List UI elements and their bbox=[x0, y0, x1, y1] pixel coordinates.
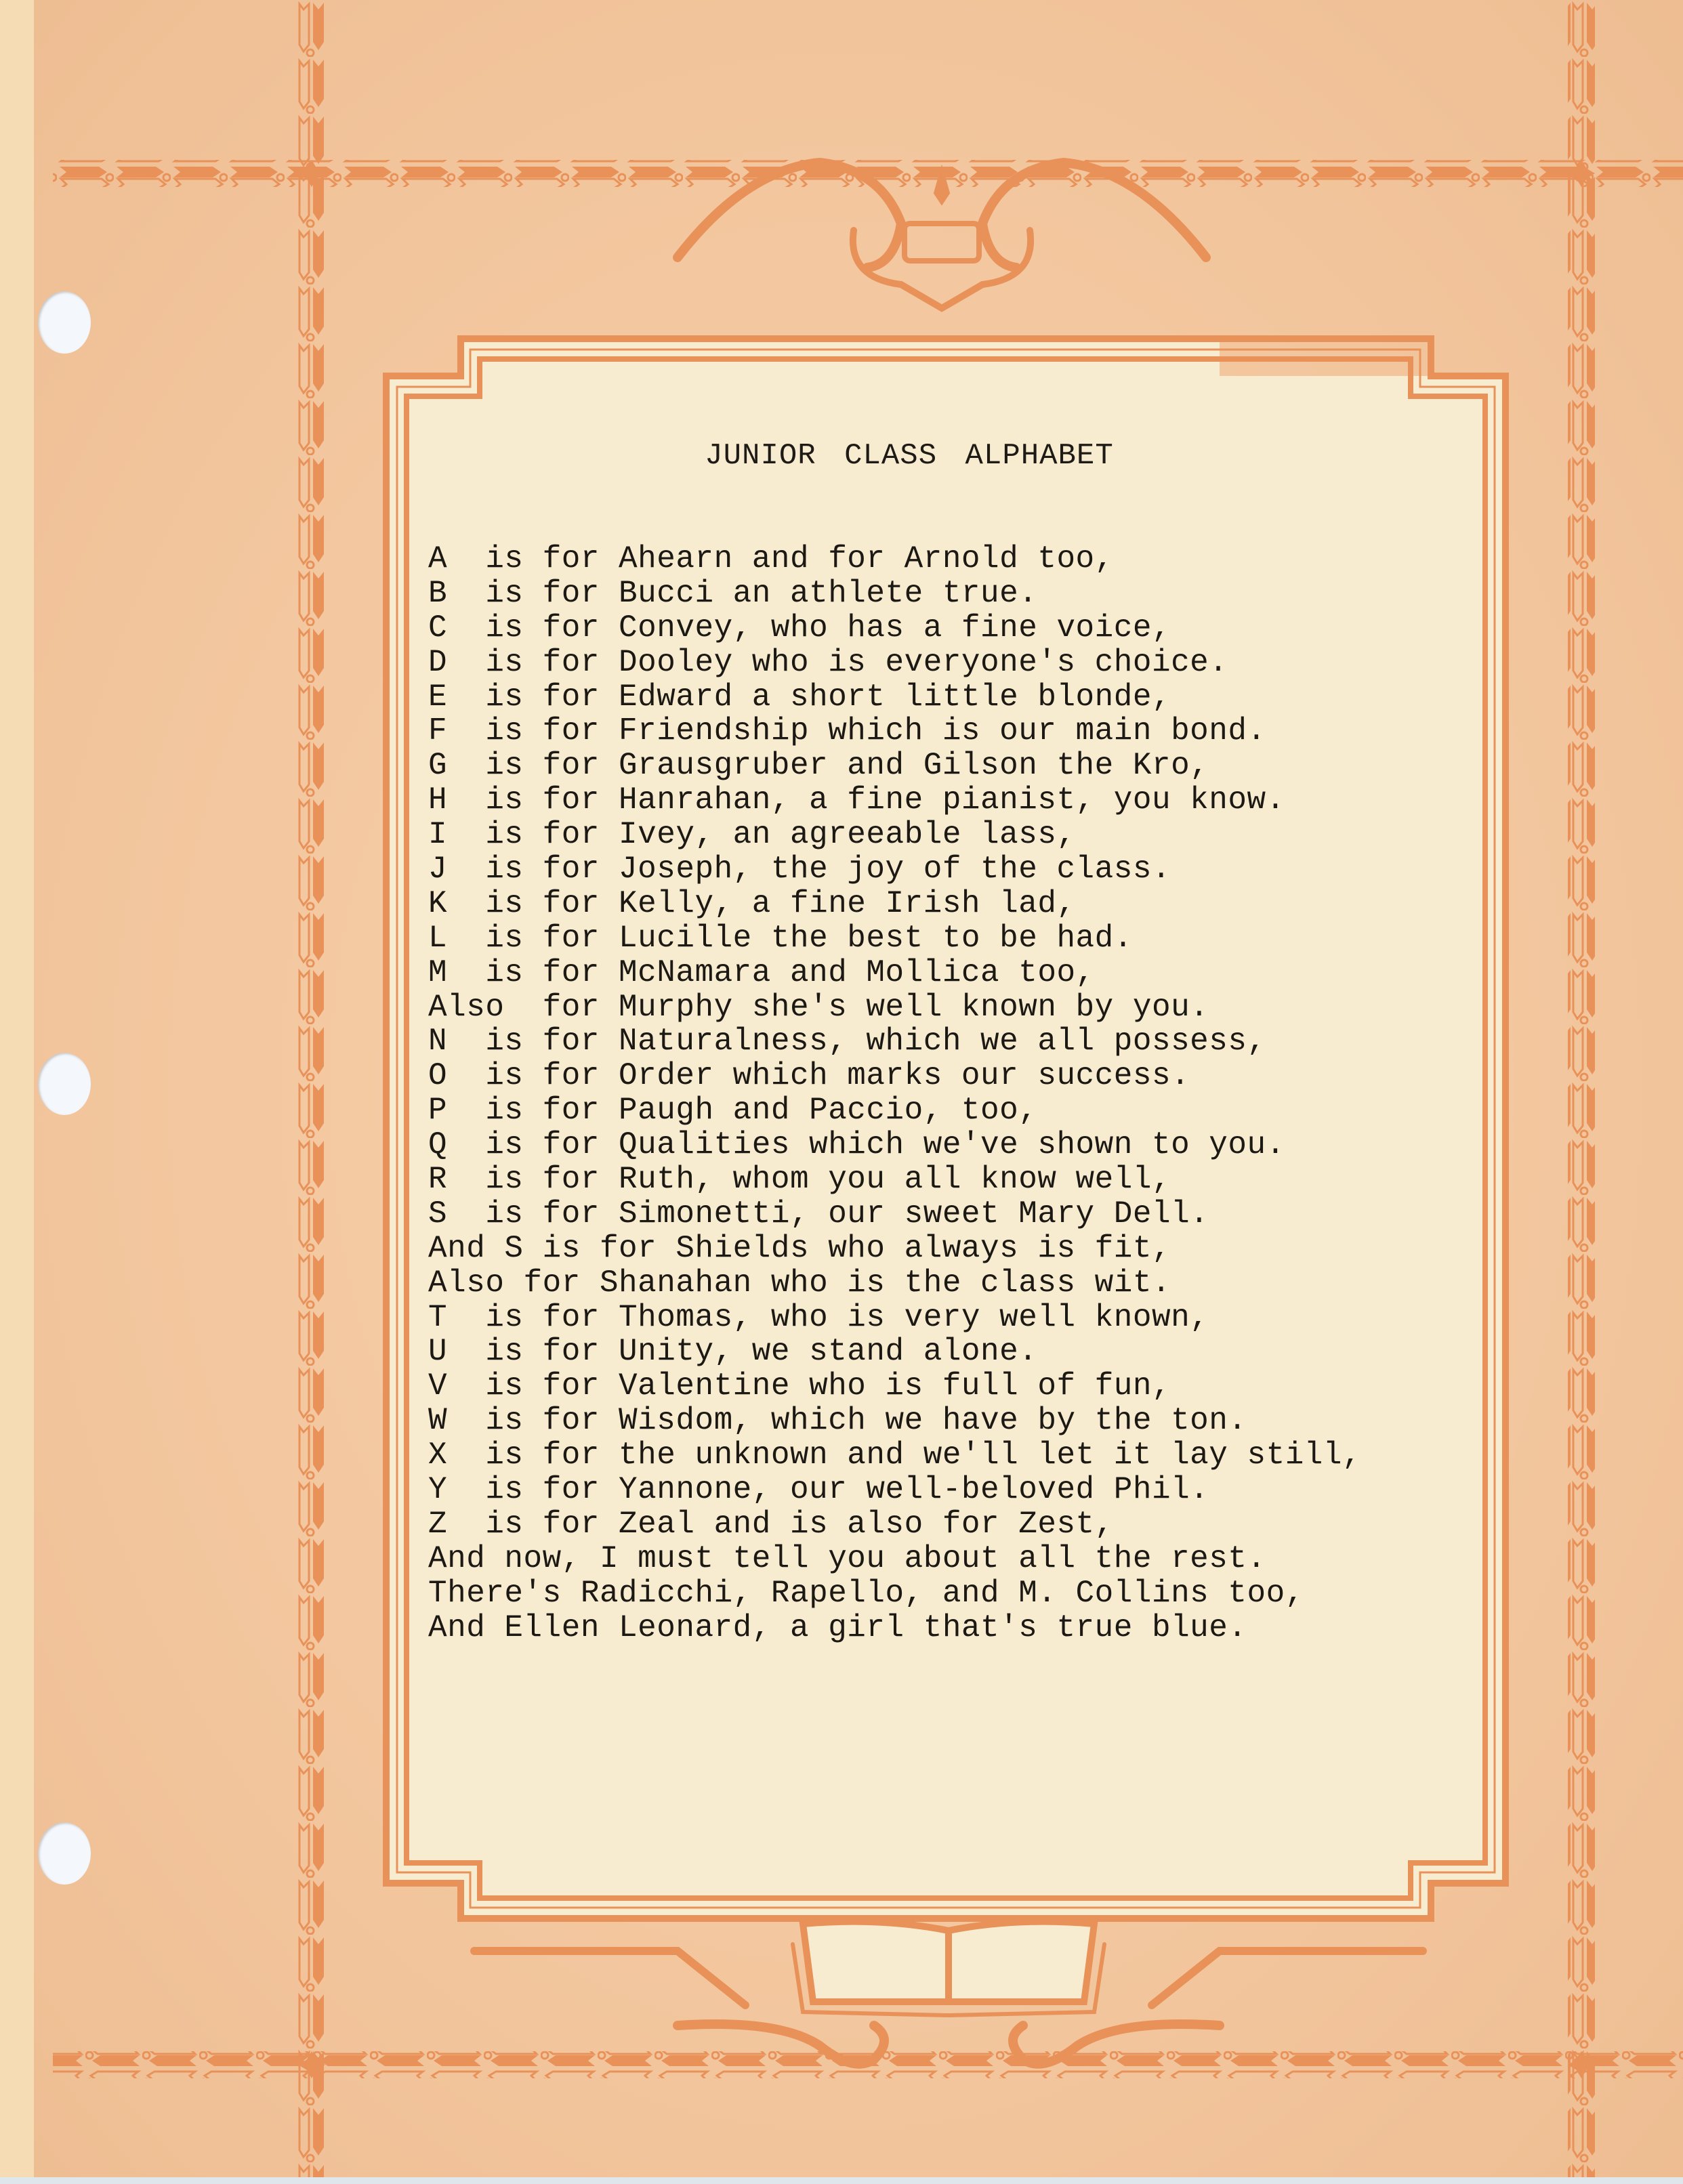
open-book-icon bbox=[474, 1922, 1423, 2064]
poem-line: R is for Ruth, whom you all know well, bbox=[428, 1162, 1361, 1197]
poem-body: A is for Ahearn and for Arnold too,B is … bbox=[428, 542, 1361, 1645]
poem-line: Also for Murphy she's well known by you. bbox=[428, 990, 1361, 1025]
poem-line: W is for Wisdom, which we have by the to… bbox=[428, 1404, 1361, 1438]
paper-page: JUNIOR CLASS ALPHABET A is for Ahearn an… bbox=[0, 0, 1683, 2184]
poem-line: M is for McNamara and Mollica too, bbox=[428, 956, 1361, 990]
poem-line: S is for Simonetti, our sweet Mary Dell. bbox=[428, 1197, 1361, 1232]
poem-line: T is for Thomas, who is very well known, bbox=[428, 1301, 1361, 1335]
poem-line: Y is for Yannone, our well-beloved Phil. bbox=[428, 1473, 1361, 1507]
poem-line: And Ellen Leonard, a girl that's true bl… bbox=[428, 1611, 1361, 1645]
poem-line: Z is for Zeal and is also for Zest, bbox=[428, 1507, 1361, 1542]
poem-line: There's Radicchi, Rapello, and M. Collin… bbox=[428, 1576, 1361, 1611]
poem-line: And now, I must tell you about all the r… bbox=[428, 1542, 1361, 1576]
poem-line: X is for the unknown and we'll let it la… bbox=[428, 1438, 1361, 1473]
poem-line: F is for Friendship which is our main bo… bbox=[428, 714, 1361, 749]
poem-line: P is for Paugh and Paccio, too, bbox=[428, 1093, 1361, 1128]
poem-line: Also for Shanahan who is the class wit. bbox=[428, 1266, 1361, 1301]
poem-line: Q is for Qualities which we've shown to … bbox=[428, 1128, 1361, 1162]
poem-line: K is for Kelly, a fine Irish lad, bbox=[428, 887, 1361, 921]
binder-hole-bottom bbox=[38, 1822, 91, 1885]
poem-line: J is for Joseph, the joy of the class. bbox=[428, 852, 1361, 887]
binder-hole-middle bbox=[38, 1053, 91, 1115]
oil-lamp-on-books-icon bbox=[678, 163, 1206, 308]
poem-line: H is for Hanrahan, a fine pianist, you k… bbox=[428, 783, 1361, 818]
poem-line: G is for Grausgruber and Gilson the Kro, bbox=[428, 749, 1361, 783]
poem-line: N is for Naturalness, which we all posse… bbox=[428, 1024, 1361, 1059]
binder-hole-top bbox=[38, 291, 91, 354]
poem-line: E is for Edward a short little blonde, bbox=[428, 680, 1361, 715]
page-title: JUNIOR CLASS ALPHABET bbox=[0, 439, 1683, 473]
poem-line: D is for Dooley who is everyone's choice… bbox=[428, 646, 1361, 680]
poem-line: C is for Convey, who has a fine voice, bbox=[428, 611, 1361, 646]
poem-line: B is for Bucci an athlete true. bbox=[428, 576, 1361, 611]
poem-line: I is for Ivey, an agreeable lass, bbox=[428, 818, 1361, 852]
poem-line: U is for Unity, we stand alone. bbox=[428, 1335, 1361, 1369]
poem-line: V is for Valentine who is full of fun, bbox=[428, 1369, 1361, 1404]
poem-line: And S is for Shields who always is fit, bbox=[428, 1232, 1361, 1266]
poem-line: L is for Lucille the best to be had. bbox=[428, 921, 1361, 956]
scan-bottom-edge bbox=[0, 2177, 1683, 2184]
poem-line: A is for Ahearn and for Arnold too, bbox=[428, 542, 1361, 576]
poem-line: O is for Order which marks our success. bbox=[428, 1059, 1361, 1093]
